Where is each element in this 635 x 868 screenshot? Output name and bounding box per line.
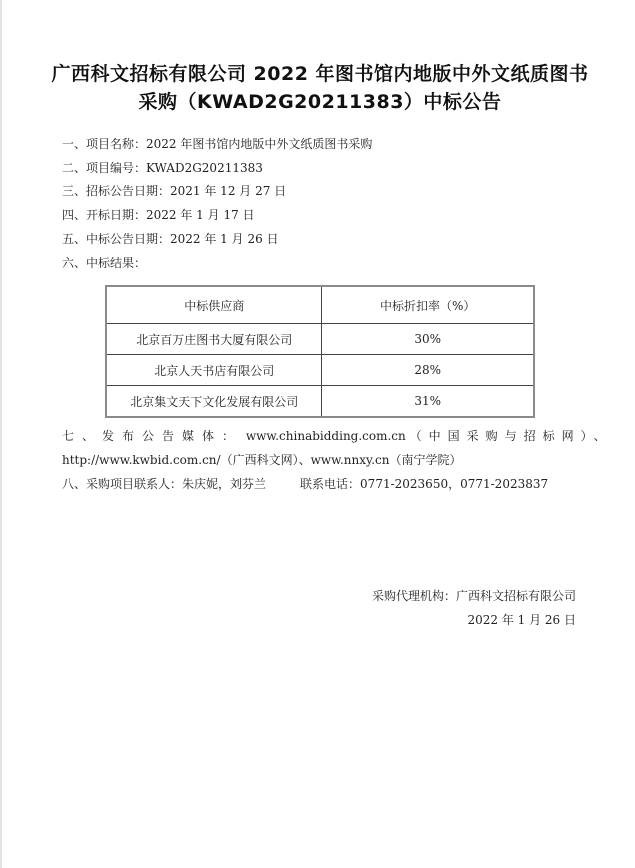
item-label: 七、发布公告媒体： — [62, 429, 242, 443]
page-edge — [0, 0, 2, 868]
item-award-notice-date: 五、中标公告日期：2022 年 1 月 26 日 — [62, 231, 279, 247]
item-label: 八、采购项目联系人： — [62, 477, 182, 491]
media-link-chinabidding[interactable]: www.chinabidding.com.cn — [246, 429, 406, 443]
cell-supplier: 北京集文天下文化发展有限公司 — [106, 386, 322, 418]
item-award-results: 六、中标结果： — [62, 255, 146, 271]
item-project-number: 二、项目编号：KWAD2G20211383 — [62, 160, 263, 176]
cell-discount: 31% — [322, 386, 534, 418]
media-name-nnxy: （南宁学院） — [389, 453, 461, 467]
signature-date: 2022 年 1 月 26 日 — [467, 612, 576, 628]
cell-discount: 30% — [322, 324, 534, 355]
item-label: 三、招标公告日期： — [62, 184, 170, 198]
contact-persons: 朱庆妮，刘芬兰 — [182, 477, 266, 491]
item-tender-notice-date: 三、招标公告日期：2021 年 12 月 27 日 — [62, 183, 286, 199]
item-value: 2022 年图书馆内地版中外文纸质图书采购 — [146, 137, 372, 151]
table-row: 北京集文天下文化发展有限公司 31% — [106, 386, 534, 418]
signature-agency: 采购代理机构：广西科文招标有限公司 — [372, 588, 576, 604]
item-label: 一、项目名称： — [62, 137, 146, 151]
cell-supplier: 北京人天书店有限公司 — [106, 355, 322, 386]
item-contact: 八、采购项目联系人：朱庆妮，刘芬兰联系电话：0771-2023650，0771-… — [62, 476, 548, 492]
media-name-chinabidding: （中国采购与招标网）、 — [410, 429, 613, 443]
media-link-nnxy[interactable]: www.nnxy.cn — [311, 453, 390, 467]
item-label: 四、开标日期： — [62, 208, 146, 222]
item-value: 2022 年 1 月 26 日 — [170, 232, 279, 246]
phone-label: 联系电话： — [300, 477, 360, 491]
table-header-row: 中标供应商 中标折扣率（%） — [106, 286, 534, 324]
cell-supplier: 北京百万庄图书大厦有限公司 — [106, 324, 322, 355]
cell-discount: 28% — [322, 355, 534, 386]
item-bid-opening-date: 四、开标日期：2022 年 1 月 17 日 — [62, 207, 255, 223]
item-value: KWAD2G20211383 — [146, 161, 263, 175]
page-title-line-1: 广西科文招标有限公司 2022 年图书馆内地版中外文纸质图书 — [40, 59, 600, 86]
item-publish-media-line-2: http://www.kwbid.com.cn/（广西科文网）、www.nnxy… — [62, 452, 462, 468]
item-publish-media-line-1: 七、发布公告媒体： www.chinabidding.com.cn （中国采购与… — [62, 428, 576, 444]
header-discount: 中标折扣率（%） — [322, 286, 534, 324]
table-row: 北京百万庄图书大厦有限公司 30% — [106, 324, 534, 355]
page-title-line-2: 采购（KWAD2G20211383）中标公告 — [40, 87, 600, 114]
table-row: 北京人天书店有限公司 28% — [106, 355, 534, 386]
item-project-name: 一、项目名称：2022 年图书馆内地版中外文纸质图书采购 — [62, 136, 372, 152]
item-label: 二、项目编号： — [62, 161, 146, 175]
results-table: 中标供应商 中标折扣率（%） 北京百万庄图书大厦有限公司 30% 北京人天书店有… — [105, 285, 535, 418]
contact-phones: 0771-2023650，0771-2023837 — [360, 477, 548, 491]
item-value: 2022 年 1 月 17 日 — [146, 208, 255, 222]
item-label: 五、中标公告日期： — [62, 232, 170, 246]
media-name-kwbid: （广西科文网）、 — [221, 453, 311, 467]
media-link-kwbid[interactable]: http://www.kwbid.com.cn/ — [62, 453, 221, 467]
item-value: 2021 年 12 月 27 日 — [170, 184, 286, 198]
item-label: 六、中标结果： — [62, 256, 146, 270]
header-supplier: 中标供应商 — [106, 286, 322, 324]
